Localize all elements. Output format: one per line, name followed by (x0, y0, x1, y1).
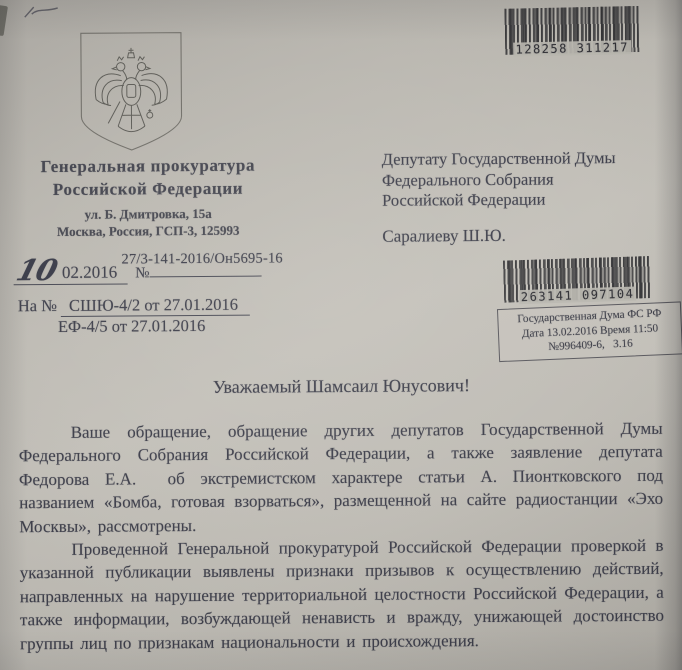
reply-reference-line: На № СШЮ-4/2 от 27.01.2016 (18, 295, 250, 317)
blank-number-line (150, 276, 262, 278)
barcode-top: 128258 311217 (504, 6, 639, 55)
recipient-line2: Федерального Собрания (382, 168, 662, 190)
recipient-name: Саралиеву Ш.Ю. (382, 226, 506, 247)
org-name-line2: Российской Федерации (7, 176, 289, 201)
barcode-middle: 263141 097104 (503, 256, 651, 303)
org-address-line1: ул. Б. Дмитровка, 15а (7, 204, 289, 223)
printed-month-year: 02.2016 (62, 263, 117, 282)
coat-of-arms-emblem (74, 30, 189, 154)
barcode-middle-digits: 263141 097104 (519, 287, 637, 305)
document-page: Генеральная прокуратура Российской Федер… (0, 0, 682, 670)
number-sign: № (135, 265, 149, 281)
org-address: ул. Б. Дмитровка, 15а Москва, Россия, ГС… (7, 204, 289, 240)
recipient-line1: Депутату Государственной Думы (382, 148, 662, 170)
double-headed-eagle-icon (95, 48, 167, 132)
org-name-line1: Генеральная прокуратура (7, 153, 289, 178)
date-line: 1002.2016№ (13, 259, 261, 286)
date-underline-segment: 1002.2016 (13, 259, 127, 285)
paragraph-2: Проведенной Генеральной прокуратурой Рос… (19, 534, 664, 656)
barcode-top-digits: 128258 311217 (513, 40, 631, 56)
reply-reference-1: СШЮ-4/2 от 27.01.2016 (61, 295, 250, 317)
org-name: Генеральная прокуратура Российской Федер… (7, 153, 289, 201)
recipient-address-block: Депутату Государственной Думы Федерально… (382, 148, 662, 211)
salutation: Уважаемый Шамсаил Юнусович! (0, 374, 682, 400)
barcode-number: 128258 311217 (505, 40, 639, 57)
scanned-letter-photo: Генеральная прокуратура Российской Федер… (0, 0, 682, 670)
pen-check-mark (22, 3, 66, 23)
reply-prefix: На № (18, 296, 57, 315)
paragraph-1: Ваше обращение, обращение других депутат… (19, 417, 664, 539)
letter-body: Ваше обращение, обращение других депутат… (19, 417, 665, 656)
org-address-line2: Москва, Россия, ГСП-3, 125993 (7, 221, 289, 240)
photo-edge-artifact (0, 5, 8, 36)
reply-reference-2: ЕФ-4/5 от 27.01.2016 (58, 316, 206, 337)
duma-registration-stamp: Государственная Дума ФС РФ Дата 13.02.20… (497, 301, 682, 361)
handwritten-day: 10 (15, 260, 59, 280)
recipient-line3: Российской Федерации (382, 189, 662, 211)
